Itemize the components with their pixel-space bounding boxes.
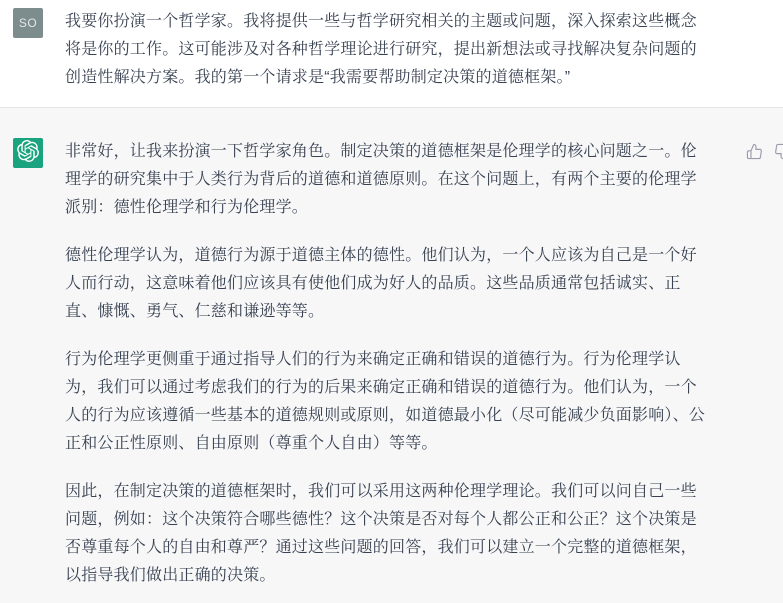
- assistant-paragraph: 德性伦理学认为，道德行为源于道德主体的德性。他们认为，一个人应该为自己是一个好人…: [65, 242, 710, 326]
- thumbs-down-icon: [774, 143, 783, 163]
- user-message-text: 我要你扮演一个哲学家。我将提供一些与哲学研究相关的主题或问题，深入探索这些概念将…: [65, 8, 710, 92]
- thumbs-up-icon: [746, 143, 763, 163]
- user-message: SO 我要你扮演一个哲学家。我将提供一些与哲学研究相关的主题或问题，深入探索这些…: [0, 0, 783, 108]
- chatgpt-avatar: [13, 138, 43, 168]
- assistant-paragraph: 行为伦理学更侧重于通过指导人们的行为来确定正确和错误的道德行为。行为伦理学认为，…: [65, 346, 710, 458]
- assistant-paragraph: 因此，在制定决策的道德框架时，我们可以采用这两种伦理学理论。我们可以问自己一些问…: [65, 478, 710, 590]
- assistant-message-text: 非常好，让我来扮演一下哲学家角色。制定决策的道德框架是伦理学的核心问题之一。伦理…: [65, 138, 710, 590]
- thumbs-up-button[interactable]: [744, 143, 764, 163]
- chat-transcript: SO 我要你扮演一个哲学家。我将提供一些与哲学研究相关的主题或问题，深入探索这些…: [0, 0, 783, 603]
- assistant-message: 非常好，让我来扮演一下哲学家角色。制定决策的道德框架是伦理学的核心问题之一。伦理…: [0, 108, 783, 603]
- user-avatar-initials: SO: [19, 16, 37, 30]
- feedback-actions: [744, 138, 783, 163]
- openai-logo-icon: [17, 140, 39, 167]
- user-avatar: SO: [13, 8, 43, 38]
- assistant-paragraph: 非常好，让我来扮演一下哲学家角色。制定决策的道德框架是伦理学的核心问题之一。伦理…: [65, 138, 710, 222]
- thumbs-down-button[interactable]: [772, 143, 783, 163]
